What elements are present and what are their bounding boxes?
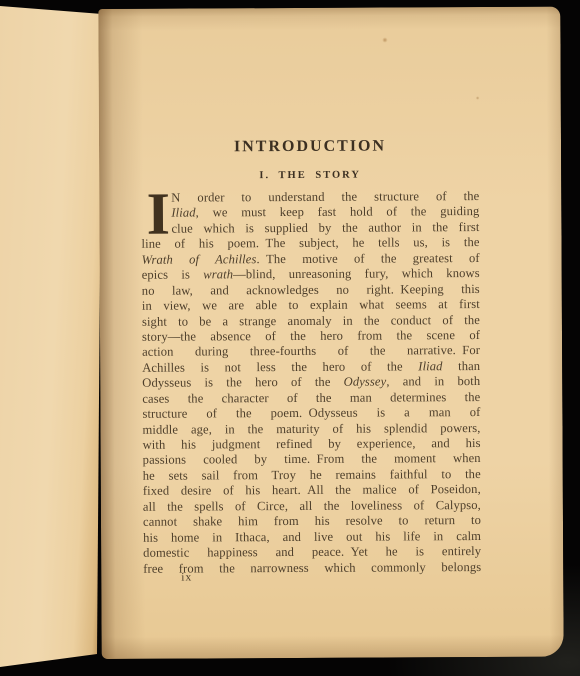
body-text: N order to understand the structure of t… [141, 189, 481, 577]
text-line: Achilles is not less the hero of the Ili… [142, 359, 480, 376]
page-title: INTRODUCTION [141, 137, 479, 157]
text-line: fixed desire of his heart. All the malic… [143, 482, 481, 499]
text-line: in view, we are able to explain what see… [142, 297, 480, 314]
text-line: with his judgment refined by experience,… [143, 436, 481, 453]
photo-background: INTRODUCTION I. THE STORY I N order to u… [0, 0, 580, 676]
text-line: passions cooled by time. From the moment… [143, 451, 481, 468]
section-heading: I. THE STORY [141, 169, 479, 182]
text-line: epics is wrath—blind, unreasoning fury, … [142, 266, 480, 283]
text-line: middle age, in the maturity of his splen… [142, 421, 480, 438]
text-line: N order to understand the structure of t… [141, 189, 479, 206]
text-line: line of his poem. The subject, he tells … [141, 235, 479, 252]
text-line: free from the narrowness which commonly … [143, 560, 481, 577]
text-line: domestic happiness and peace. Yet he is … [143, 544, 481, 561]
text-line: action during three-fourths of the narra… [142, 343, 480, 360]
text-line: clue which is supplied by the author in … [141, 220, 479, 237]
text-line: structure of the poem. Odysseus is a man… [142, 405, 480, 422]
text-line: all the spells of Circe, all the lovelin… [143, 498, 481, 515]
text-line: Wrath of Achilles. The motive of the gre… [142, 251, 480, 268]
text-line: Odysseus is the hero of the Odyssey, and… [142, 374, 480, 391]
text-line: cannot shake him from his resolve to ret… [143, 513, 481, 530]
facing-page [0, 4, 102, 668]
text-line: no law, and acknowledges no right. Keepi… [142, 282, 480, 299]
text-line: cases the character of the man determine… [142, 390, 480, 407]
text-line: Iliad, we must keep fast hold of the gui… [141, 204, 479, 221]
text-line: sight to be a strange anomaly in the con… [142, 313, 480, 330]
text-line: he sets sail from Troy he remains faithf… [143, 467, 481, 484]
book-page: INTRODUCTION I. THE STORY I N order to u… [98, 7, 563, 659]
text-line: story—the absence of the hero from the s… [142, 328, 480, 345]
page-number: ix [181, 572, 192, 584]
text-line: his home in Ithaca, and live out his lif… [143, 529, 481, 546]
